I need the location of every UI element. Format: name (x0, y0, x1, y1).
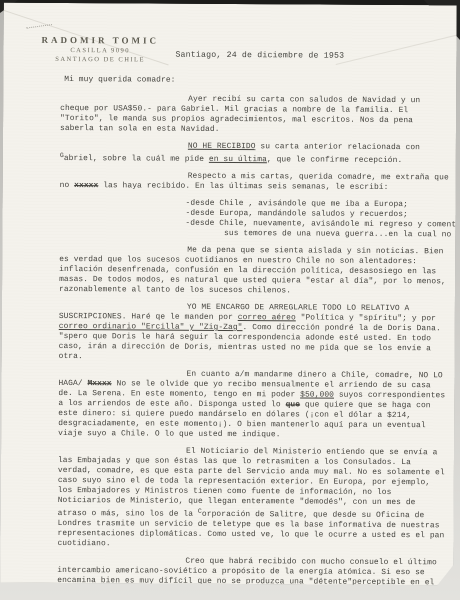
letterhead-name: RADOMIR TOMIC (42, 35, 159, 46)
letter-body: Mi muy querida comadre: Ayer recibí su c… (57, 75, 450, 600)
paper-crease (336, 26, 460, 65)
scanned-letter-page: B291.1 RADOMIR TOMIC CASILLA 9090 SANTIA… (0, 0, 460, 600)
letter-paragraph: Respecto a mis cartas, querida comadre, … (60, 171, 450, 193)
letterhead-city: SANTIAGO DE CHILE (41, 56, 158, 64)
letterhead: RADOMIR TOMIC CASILLA 9090 SANTIAGO DE C… (41, 35, 159, 64)
dateline: Santiago, 24 de diciembre de 1953 (175, 51, 344, 61)
letter-paragraph: NO HE RECIBIDO su carta anterior relacio… (60, 141, 450, 166)
salutation: Mi muy querida comadre: (64, 75, 450, 87)
letter-paragraph: El Noticiario del Ministerio entiendo qu… (57, 446, 448, 551)
letter-paragraph: Ayer recibí su carta con saludos de Navi… (60, 94, 450, 136)
letter-paragraph: En cuanto a/m mandarme dinero a Chile, c… (58, 369, 448, 441)
letter-paragraph: Creo que habrá recibido con mucho consue… (57, 556, 447, 598)
letter-body-paragraphs: Ayer recibí su carta con saludos de Navi… (57, 94, 450, 598)
letter-paragraph: -desde Chile , avisándole que me iba a E… (185, 199, 449, 241)
pencil-scribble (25, 17, 52, 28)
letter-paragraph: Me da pena que se sienta aislada y sin n… (59, 245, 449, 297)
letterhead-po-box: CASILLA 9090 (41, 47, 158, 55)
letter-paragraph: YO ME ENCARGO DE ARREGLARLE TODO LO RELA… (59, 302, 449, 364)
letter-paper: RADOMIR TOMIC CASILLA 9090 SANTIAGO DE C… (0, 3, 457, 586)
